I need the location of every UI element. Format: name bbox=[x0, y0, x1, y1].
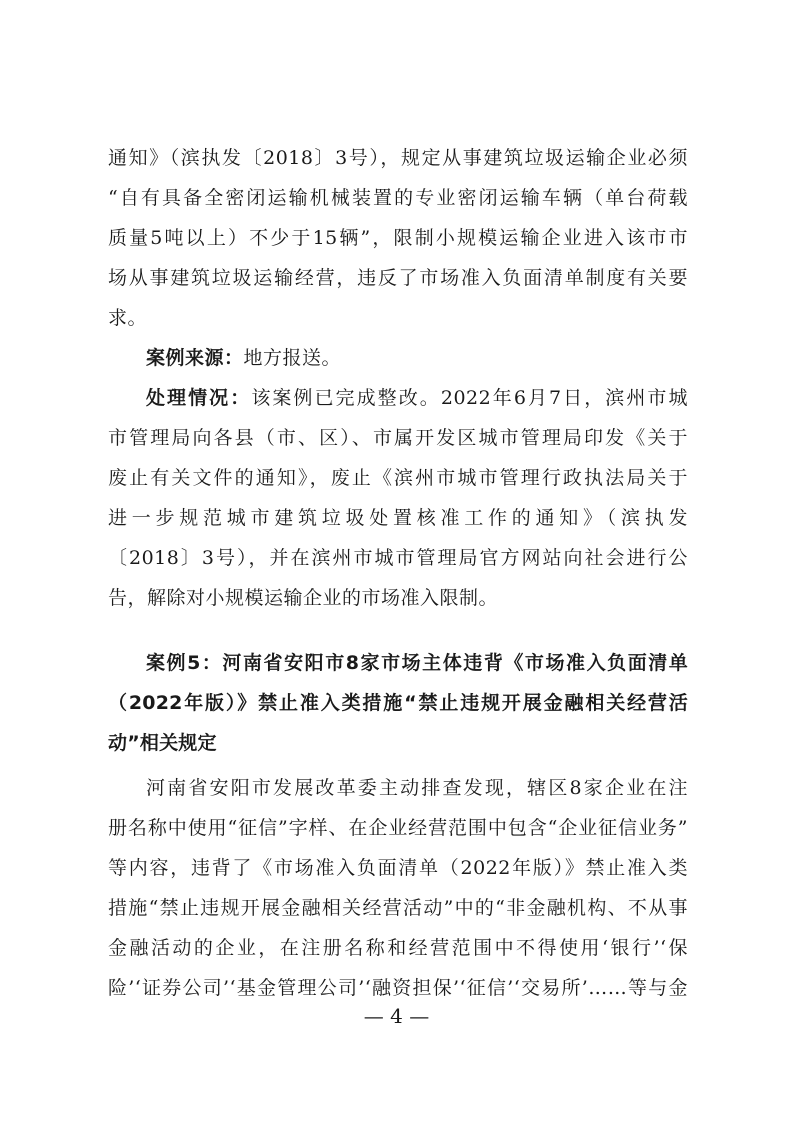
paragraph-line: 场从事建筑垃圾运输经营，违反了市场准入负面清单制度有关要 bbox=[108, 265, 688, 291]
paragraph-line: 废止有关文件的通知》，废止《滨州市城市管理行政执法局关于 bbox=[108, 465, 688, 491]
handling-status: 处理情况：该案例已完成整改。2022年6月7日，滨州市城 bbox=[146, 385, 688, 411]
case-title: 案例5：河南省安阳市8家市场主体违背《市场准入负面清单 bbox=[146, 650, 688, 676]
paragraph-line: 市管理局向各县（市、区）、市属开发区城市管理局印发《关于 bbox=[108, 425, 688, 451]
case-source: 案例来源：地方报送。 bbox=[146, 345, 688, 371]
case-title: （2022年版）》禁止准入类措施“禁止违规开展金融相关经营活 bbox=[108, 690, 688, 716]
paragraph-line: 告，解除对小规模运输企业的市场准入限制。 bbox=[108, 585, 688, 611]
paragraph-line: 通知》（滨执发〔2018〕3号），规定从事建筑垃圾运输企业必须 bbox=[108, 145, 688, 171]
case-source-label: 案例来源： bbox=[146, 347, 244, 369]
paragraph-line: 险’‘证券公司’‘基金管理公司’‘融资担保’‘征信’‘交易所’……等与金 bbox=[108, 975, 688, 1001]
paragraph-line: 河南省安阳市发展改革委主动排查发现，辖区8家企业在注 bbox=[146, 775, 688, 801]
paragraph-line: 求。 bbox=[108, 305, 688, 331]
paragraph-line: 等内容，违背了《市场准入负面清单（2022年版）》禁止准入类 bbox=[108, 855, 688, 881]
document-page: 通知》（滨执发〔2018〕3号），规定从事建筑垃圾运输企业必须 “自有具备全密闭… bbox=[0, 0, 793, 1122]
case-title: 动”相关规定 bbox=[108, 730, 688, 756]
paragraph-line: “自有具备全密闭运输机械装置的专业密闭运输车辆（单台荷载 bbox=[108, 185, 688, 211]
paragraph-line: 〔2018〕3号），并在滨州市城市管理局官方网站向社会进行公 bbox=[108, 545, 688, 571]
paragraph-line: 质量5吨以上）不少于15辆”，限制小规模运输企业进入该市市 bbox=[108, 225, 688, 251]
paragraph-line: 金融活动的企业，在注册名称和经营范围中不得使用‘银行’‘保 bbox=[108, 935, 688, 961]
handling-text: 该案例已完成整改。2022年6月7日，滨州市城 bbox=[251, 387, 688, 409]
paragraph-line: 册名称中使用“征信”字样、在企业经营范围中包含“企业征信业务” bbox=[108, 815, 688, 841]
paragraph-line: 措施“禁止违规开展金融相关经营活动”中的“非金融机构、不从事 bbox=[108, 895, 688, 921]
paragraph-line: 进一步规范城市建筑垃圾处置核准工作的通知》（滨执发 bbox=[108, 505, 688, 531]
case-source-text: 地方报送。 bbox=[244, 347, 342, 369]
handling-label: 处理情况： bbox=[146, 387, 251, 409]
page-number: — 4 — bbox=[0, 1003, 793, 1029]
